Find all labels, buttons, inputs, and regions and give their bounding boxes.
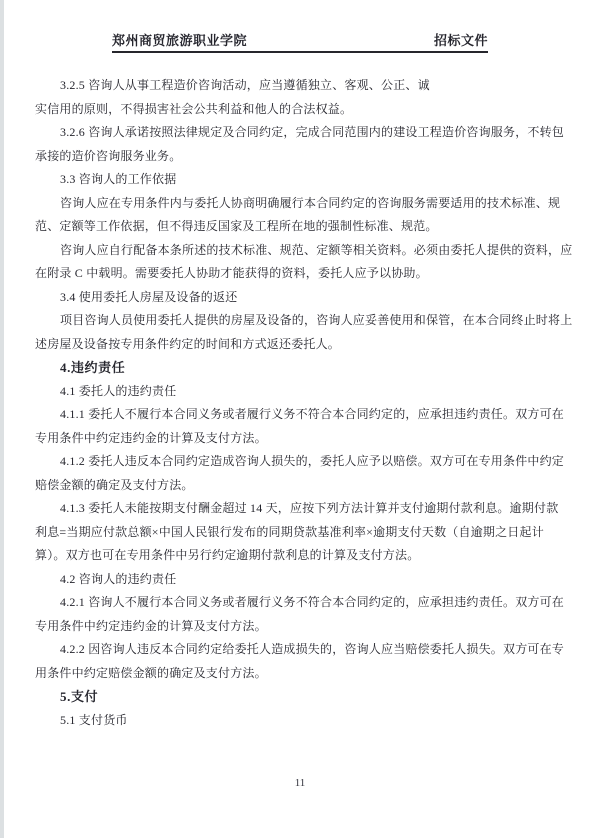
text-line: 3.3 咨询人的工作依据 — [35, 168, 570, 192]
document-page: 郑州商贸旅游职业学院 招标文件 3.2.5 咨询人从事工程造价咨询活动，应当遵循… — [0, 0, 600, 838]
text-line: 专用条件中约定违约金的计算及支付方法。 — [35, 427, 570, 451]
text-line: 述房屋及设备按专用条件约定的时间和方式返还委托人。 — [35, 333, 570, 357]
page-header: 郑州商贸旅游职业学院 招标文件 — [112, 31, 488, 53]
scan-edge-strip — [0, 0, 4, 838]
text-line: 在附录 C 中载明。需要委托人协助才能获得的资料，委托人应予以协助。 — [35, 262, 570, 286]
text-line: 4.1.2 委托人违反本合同约定造成咨询人损失的，委托人应予以赔偿。双方可在专用… — [35, 450, 570, 474]
section-heading-line: 4.违约责任 — [35, 356, 570, 380]
text-line: 项目咨询人员使用委托人提供的房屋及设备的，咨询人应妥善使用和保管，在本合同终止时… — [35, 309, 570, 333]
text-line: 赔偿金额的确定及支付方法。 — [35, 474, 570, 498]
text-line: 实信用的原则，不得损害社会公共利益和他人的合法权益。 — [35, 98, 570, 122]
text-line: 4.1 委托人的违约责任 — [35, 380, 570, 404]
document-body: 3.2.5 咨询人从事工程造价咨询活动，应当遵循独立、客观、公正、诚实信用的原则… — [35, 74, 570, 732]
text-line: 算）。双方也可在专用条件中另行约定逾期付款利息的计算及支付方法。 — [35, 544, 570, 568]
section-heading-line: 5.支付 — [35, 685, 570, 709]
header-school-name: 郑州商贸旅游职业学院 — [112, 30, 247, 49]
text-line: 4.2.1 咨询人不履行本合同义务或者履行义务不符合本合同约定的，应承担违约责任… — [35, 591, 570, 615]
text-line: 4.1.3 委托人未能按期支付酬金超过 14 天，应按下列方法计算并支付逾期付款… — [35, 497, 570, 521]
text-line: 5.1 支付货币 — [35, 709, 570, 733]
text-line: 3.4 使用委托人房屋及设备的返还 — [35, 286, 570, 310]
page-number: 11 — [0, 777, 600, 789]
text-line: 咨询人应自行配备本条所述的技术标准、规范、定额等相关资料。必须由委托人提供的资料… — [35, 239, 570, 263]
text-line: 3.2.5 咨询人从事工程造价咨询活动，应当遵循独立、客观、公正、诚 — [35, 74, 570, 98]
text-line: 4.2.2 因咨询人违反本合同约定给委托人造成损失的，咨询人应当赔偿委托人损失。… — [35, 638, 570, 662]
text-line: 利息=当期应付款总额×中国人民银行发布的同期贷款基准利率×逾期支付天数（自逾期之… — [35, 521, 570, 545]
text-line: 承接的造价咨询服务业务。 — [35, 145, 570, 169]
text-line: 专用条件中约定违约金的计算及支付方法。 — [35, 615, 570, 639]
text-line: 范、定额等工作依据，但不得违反国家及工程所在地的强制性标准、规范。 — [35, 215, 570, 239]
text-line: 4.1.1 委托人不履行本合同义务或者履行义务不符合本合同约定的，应承担违约责任… — [35, 403, 570, 427]
text-line: 4.2 咨询人的违约责任 — [35, 568, 570, 592]
text-line: 用条件中约定赔偿金额的确定及支付方法。 — [35, 662, 570, 686]
header-doc-type: 招标文件 — [434, 30, 488, 49]
text-line: 咨询人应在专用条件内与委托人协商明确履行本合同约定的咨询服务需要适用的技术标准、… — [35, 192, 570, 216]
text-line: 3.2.6 咨询人承诺按照法律规定及合同约定，完成合同范围内的建设工程造价咨询服… — [35, 121, 570, 145]
